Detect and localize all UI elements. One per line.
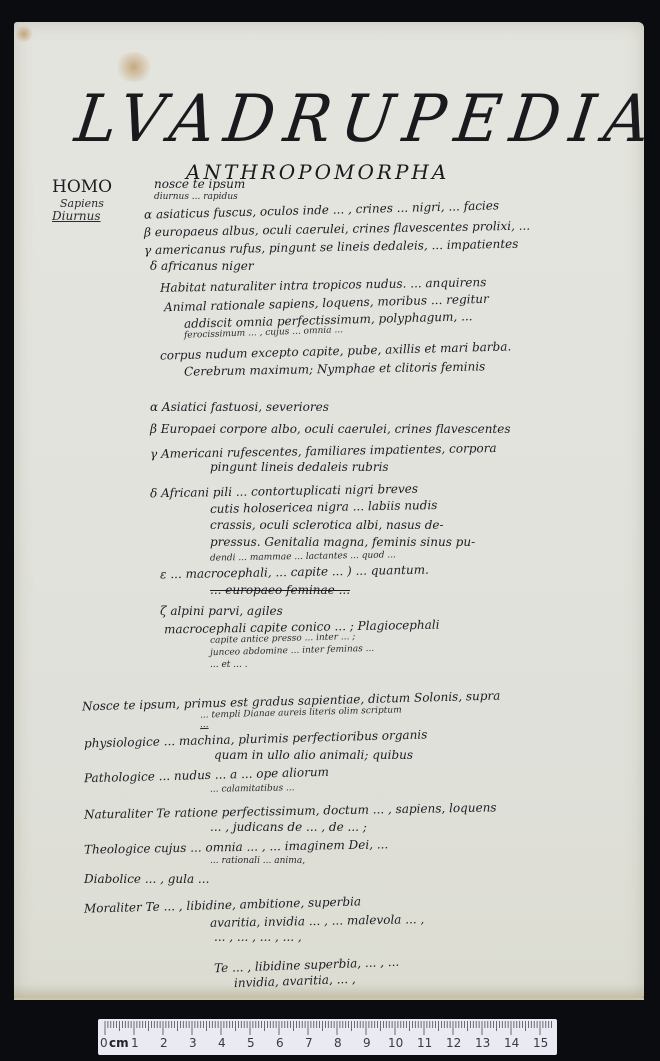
text-line: Theologice cujus ... omnia ... , ... ima…	[84, 837, 388, 856]
text-line: quam in ullo alio animali; quibus	[214, 748, 413, 762]
text-line: Naturaliter Te ratione perfectissimum, d…	[84, 800, 497, 821]
text-line: pingunt lineis dedaleis rubris	[210, 460, 389, 474]
text-line: β Europaei corpore albo, oculi caerulei,…	[150, 422, 511, 436]
ruler-mark: 5	[247, 1036, 255, 1050]
text-line: dendi ... mammae ... lactantes ... quod …	[210, 550, 396, 564]
text-line: γ Americani rufescentes, familiares impa…	[150, 441, 497, 461]
ruler-mark: 2	[160, 1036, 168, 1050]
text-line: crassis, oculi sclerotica albi, nasus de…	[210, 518, 444, 532]
ink-stain	[114, 52, 154, 82]
ruler-mark: 10	[388, 1036, 403, 1050]
ruler-mark: 3	[189, 1036, 197, 1050]
text-line: ... rationali ... anima,	[210, 856, 305, 867]
ink-stain	[14, 26, 34, 42]
ruler-mark: 12	[446, 1036, 461, 1050]
text-line: ... , judicans de ... , de ... ;	[210, 820, 367, 834]
text-line: avaritia, invidia ... , ... malevola ...…	[210, 912, 424, 930]
text-line: Moraliter Te ... , libidine, ambitione, …	[84, 894, 361, 915]
text-line: ... , ... , ... , ... ,	[214, 930, 302, 944]
text-line: Te ... , libidine superbia, ... , ...	[214, 955, 400, 975]
text-line: pressus. Genitalia magna, feminis sinus …	[210, 535, 475, 549]
text-line: α Asiatici fastuosi, severiores	[150, 400, 329, 414]
text-line: γ americanus rufus, pingunt se lineis de…	[144, 237, 519, 258]
text-line: Cerebrum maximum; Nymphae et clitoris fe…	[184, 359, 485, 378]
text-line: Diabolice ... , gula ...	[84, 872, 209, 886]
text-line: invidia, avaritia, ... ,	[234, 972, 356, 990]
text-line: nosce te ipsum	[154, 177, 245, 191]
text-line: ... calamitatibus ...	[210, 783, 295, 795]
ruler-mark: 6	[276, 1036, 284, 1050]
ruler-mark: 4	[218, 1036, 226, 1050]
ruler-zero-label: 0	[100, 1036, 108, 1050]
text-line: ε ... macrocephali, ... capite ... ) ...…	[160, 563, 429, 582]
text-line: diurnus ... rapidus	[154, 192, 238, 203]
ruler-mark: 11	[417, 1036, 432, 1050]
ruler-mark: 15	[533, 1036, 548, 1050]
text-line: β europaeus albus, oculi caerulei, crine…	[144, 219, 530, 240]
scale-ruler: 0 cm 1 2 3 4 5 6 7 8 9 10 11 12 13 14 15	[98, 1019, 557, 1055]
text-line: ζ alpini parvi, agiles	[160, 604, 283, 618]
page-title: LVADRUPEDIA	[71, 80, 660, 157]
text-line: Pathologice ... nudus ... a ... ope alio…	[84, 765, 329, 785]
ruler-mark: 14	[504, 1036, 519, 1050]
text-line: Habitat naturaliter intra tropicos nudus…	[160, 275, 487, 295]
text-line: cutis holosericea nigra ... labiis nudis	[210, 498, 438, 516]
ruler-unit-label: cm	[109, 1036, 129, 1050]
ruler-mark: 1	[131, 1036, 139, 1050]
manuscript-page: LVADRUPEDIA ANTHROPOMORPHA HOMO Sapiens …	[14, 22, 644, 1000]
species-label: Sapiens	[60, 198, 104, 209]
genus-label: HOMO	[52, 177, 112, 197]
ruler-mark: 13	[475, 1036, 490, 1050]
text-line: ... europaeo feminae ...	[210, 583, 350, 597]
ruler-mark: 7	[305, 1036, 313, 1050]
text-line: δ africanus niger	[150, 259, 254, 273]
ruler-ticks	[98, 1021, 557, 1035]
text-line: ... et ... .	[210, 660, 248, 671]
species-label: Diurnus	[52, 211, 101, 222]
ruler-mark: 8	[334, 1036, 342, 1050]
text-line: ...	[200, 720, 209, 731]
ruler-mark: 9	[363, 1036, 371, 1050]
text-line: δ Africani pili ... contortuplicati nigr…	[150, 482, 418, 501]
